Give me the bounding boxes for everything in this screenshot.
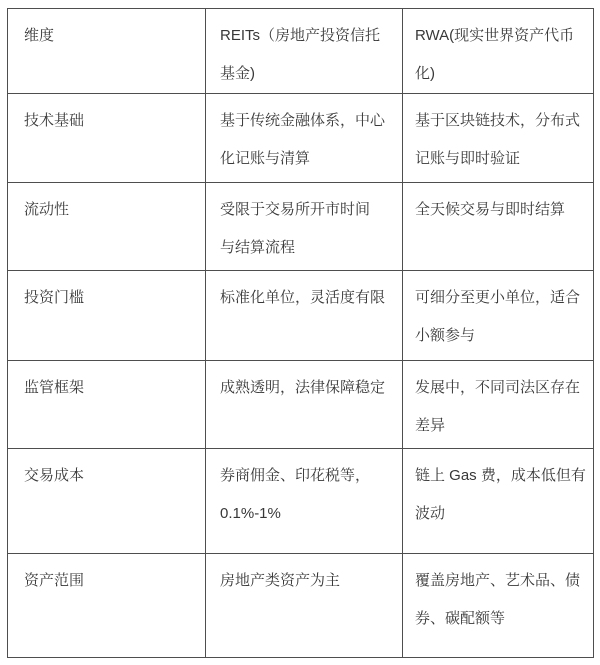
cell-dimension: 流动性 — [8, 183, 206, 271]
comparison-table-container: 维度 REITs（房地产投资信托 基金) RWA(现实世界资产代币 化) 技术基… — [7, 8, 594, 658]
cell-dimension: 监管框架 — [8, 361, 206, 449]
cell-reits: 标准化单位，灵活度有限 — [206, 271, 403, 361]
table-row-tech-basis: 技术基础 基于传统金融体系，中心 化记账与清算 基于区块链技术，分布式 记账与即… — [8, 94, 594, 183]
table-row-asset-scope: 资产范围 房地产类资产为主 覆盖房地产、艺术品、债 券、碳配额等 — [8, 554, 594, 658]
table-row-regulatory-framework: 监管框架 成熟透明，法律保障稳定 发展中，不同司法区存在 差异 — [8, 361, 594, 449]
cell-rwa: 全天候交易与即时结算 — [403, 183, 594, 271]
reits-rwa-comparison-table: 维度 REITs（房地产投资信托 基金) RWA(现实世界资产代币 化) 技术基… — [7, 8, 594, 658]
cell-reits: 房地产类资产为主 — [206, 554, 403, 658]
cell-rwa: 覆盖房地产、艺术品、债 券、碳配额等 — [403, 554, 594, 658]
table-row-investment-threshold: 投资门槛 标准化单位，灵活度有限 可细分至更小单位，适合 小额参与 — [8, 271, 594, 361]
cell-rwa: 基于区块链技术，分布式 记账与即时验证 — [403, 94, 594, 183]
table-row-transaction-cost: 交易成本 券商佣金、印花税等， 0.1%-1% 链上 Gas 费，成本低但有 波… — [8, 449, 594, 554]
cell-rwa: 发展中，不同司法区存在 差异 — [403, 361, 594, 449]
cell-reits: 基于传统金融体系，中心 化记账与清算 — [206, 94, 403, 183]
cell-rwa: 可细分至更小单位，适合 小额参与 — [403, 271, 594, 361]
cell-reits: 券商佣金、印花税等， 0.1%-1% — [206, 449, 403, 554]
table-header-row: 维度 REITs（房地产投资信托 基金) RWA(现实世界资产代币 化) — [8, 9, 594, 94]
cell-dimension: 投资门槛 — [8, 271, 206, 361]
header-dimension: 维度 — [8, 9, 206, 94]
cell-reits: 成熟透明，法律保障稳定 — [206, 361, 403, 449]
table-row-liquidity: 流动性 受限于交易所开市时间 与结算流程 全天候交易与即时结算 — [8, 183, 594, 271]
cell-reits: 受限于交易所开市时间 与结算流程 — [206, 183, 403, 271]
header-rwa: RWA(现实世界资产代币 化) — [403, 9, 594, 94]
cell-dimension: 技术基础 — [8, 94, 206, 183]
header-reits: REITs（房地产投资信托 基金) — [206, 9, 403, 94]
cell-rwa: 链上 Gas 费，成本低但有 波动 — [403, 449, 594, 554]
cell-dimension: 资产范围 — [8, 554, 206, 658]
cell-dimension: 交易成本 — [8, 449, 206, 554]
